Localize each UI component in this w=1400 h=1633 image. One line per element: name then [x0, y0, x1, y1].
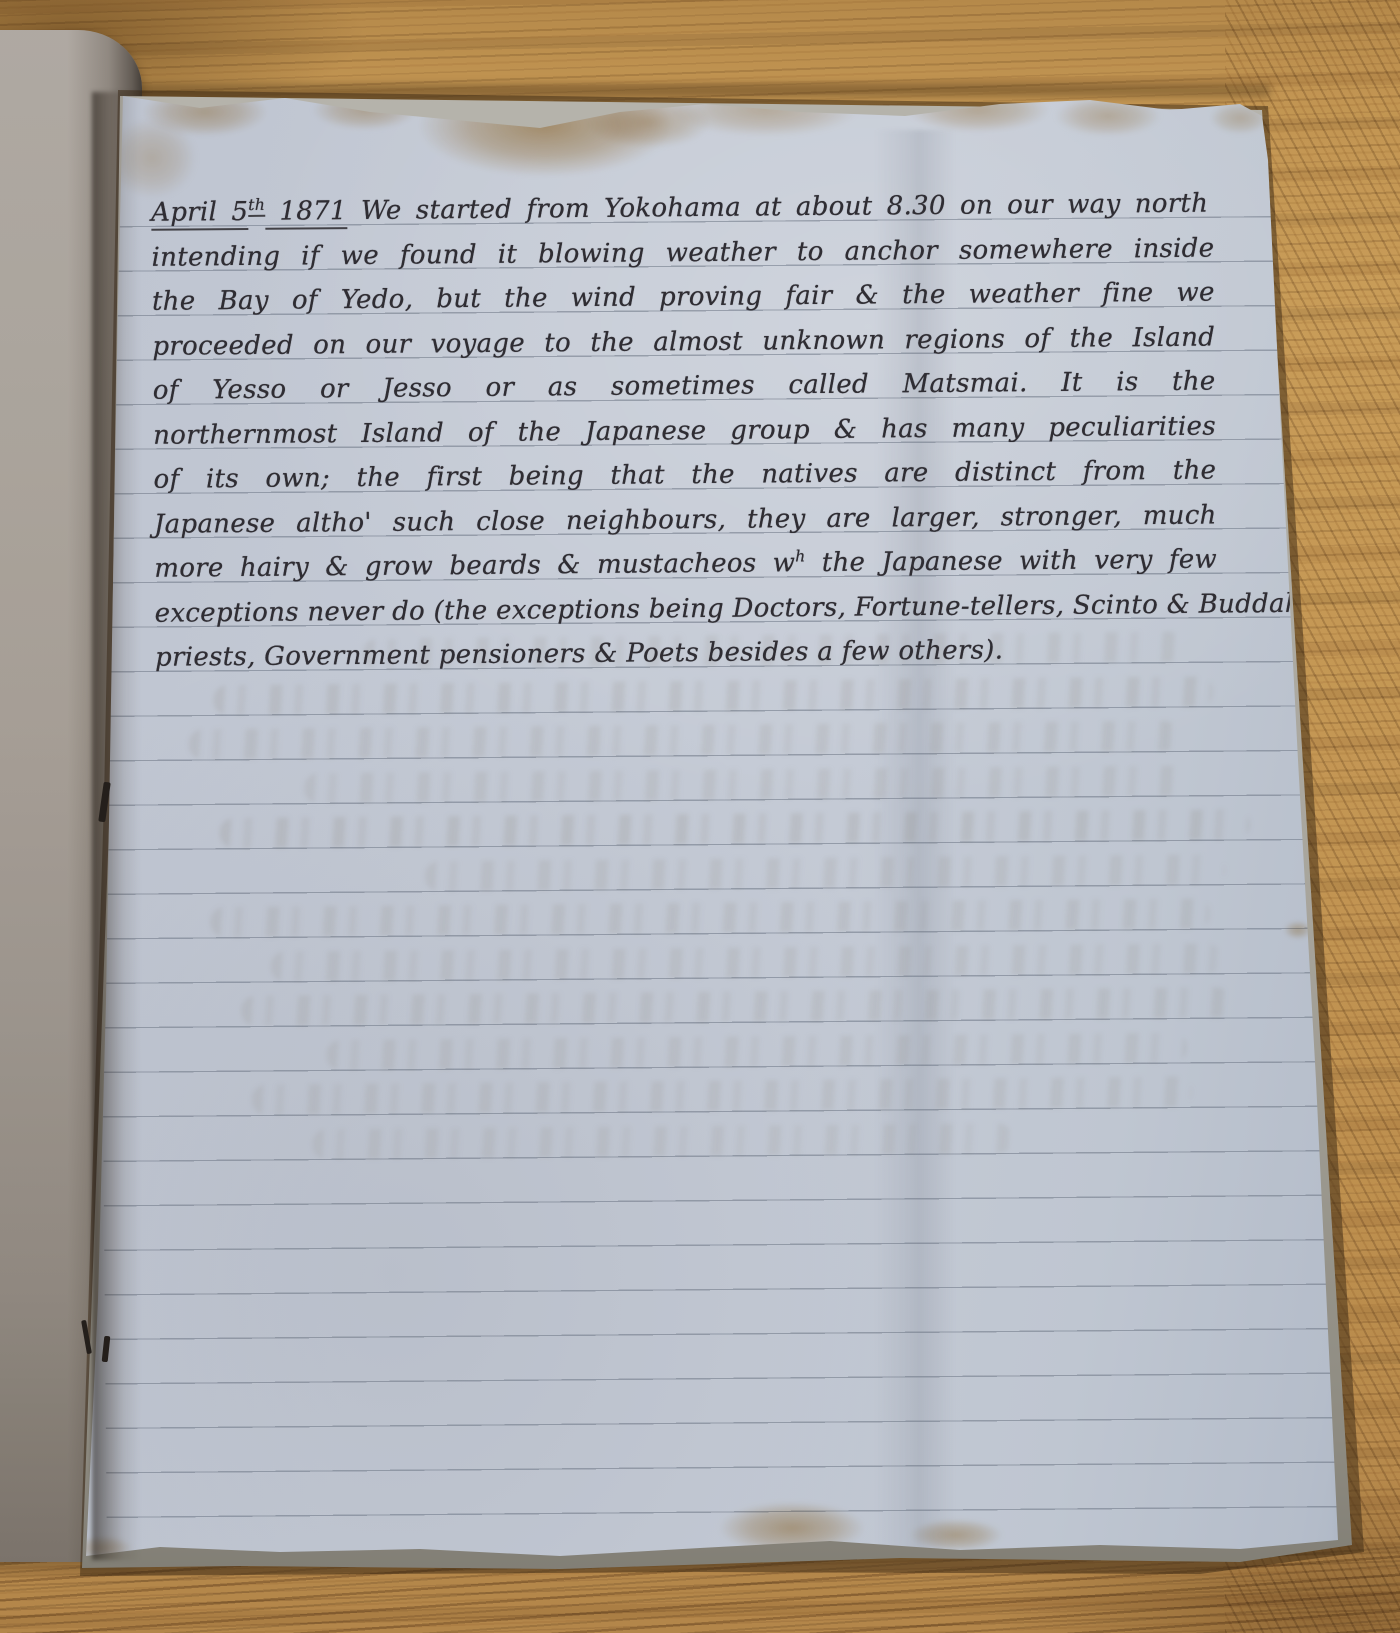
paper-shading [0, 0, 1400, 1633]
binding-gutter-shadow [92, 92, 140, 1560]
diary-page: April 5th 1871 We started from Yokohama … [0, 0, 1400, 1633]
diary-photo: April 5th 1871 We started from Yokohama … [0, 0, 1400, 1633]
